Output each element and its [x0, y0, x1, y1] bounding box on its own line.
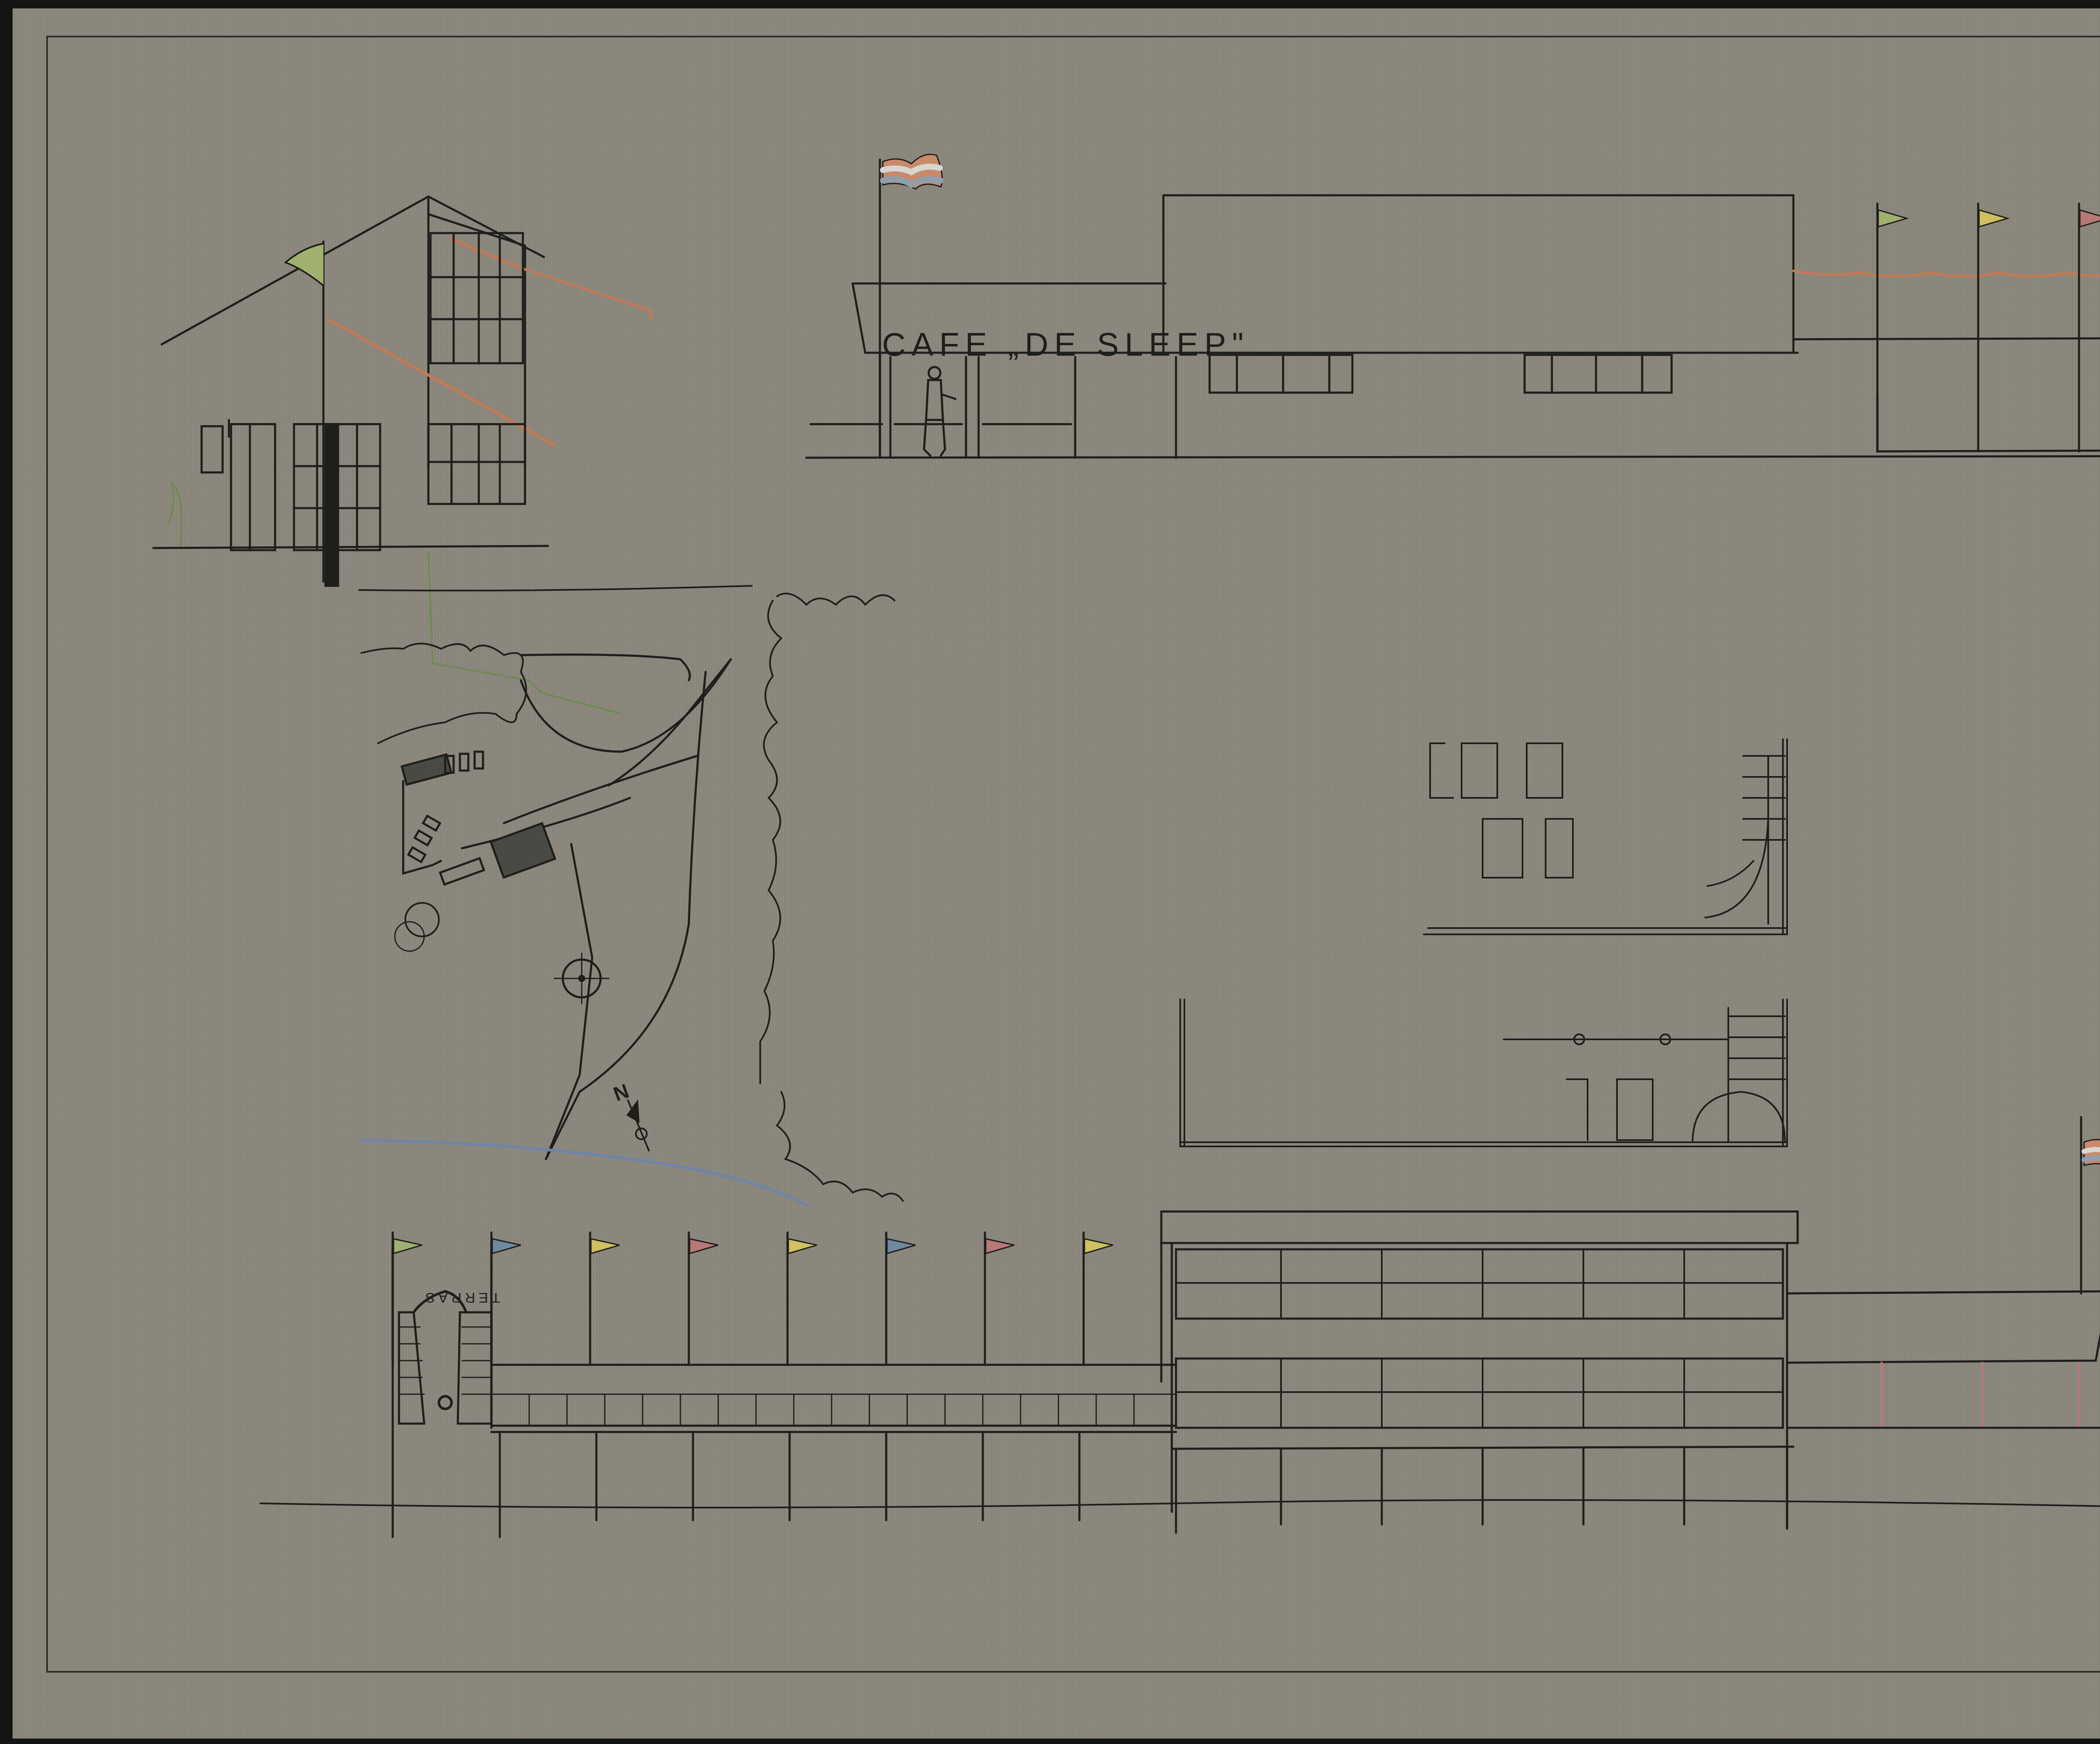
bottom-flagpoles [393, 1233, 1113, 1365]
rear-elevation-bottom [260, 1117, 2100, 1537]
floor-plans-center [1180, 739, 1787, 1146]
top-flagpoles [1877, 202, 2100, 451]
cafe-sign-label: CAFE „DE SLEEP" [882, 325, 1249, 364]
architectural-drawing [0, 0, 2100, 1744]
terras-arch-label-bottom: TERRAS [422, 1289, 500, 1306]
site-plan [359, 586, 903, 1205]
front-elevation-top [806, 155, 2100, 458]
side-elevation-upper-left [153, 197, 651, 714]
